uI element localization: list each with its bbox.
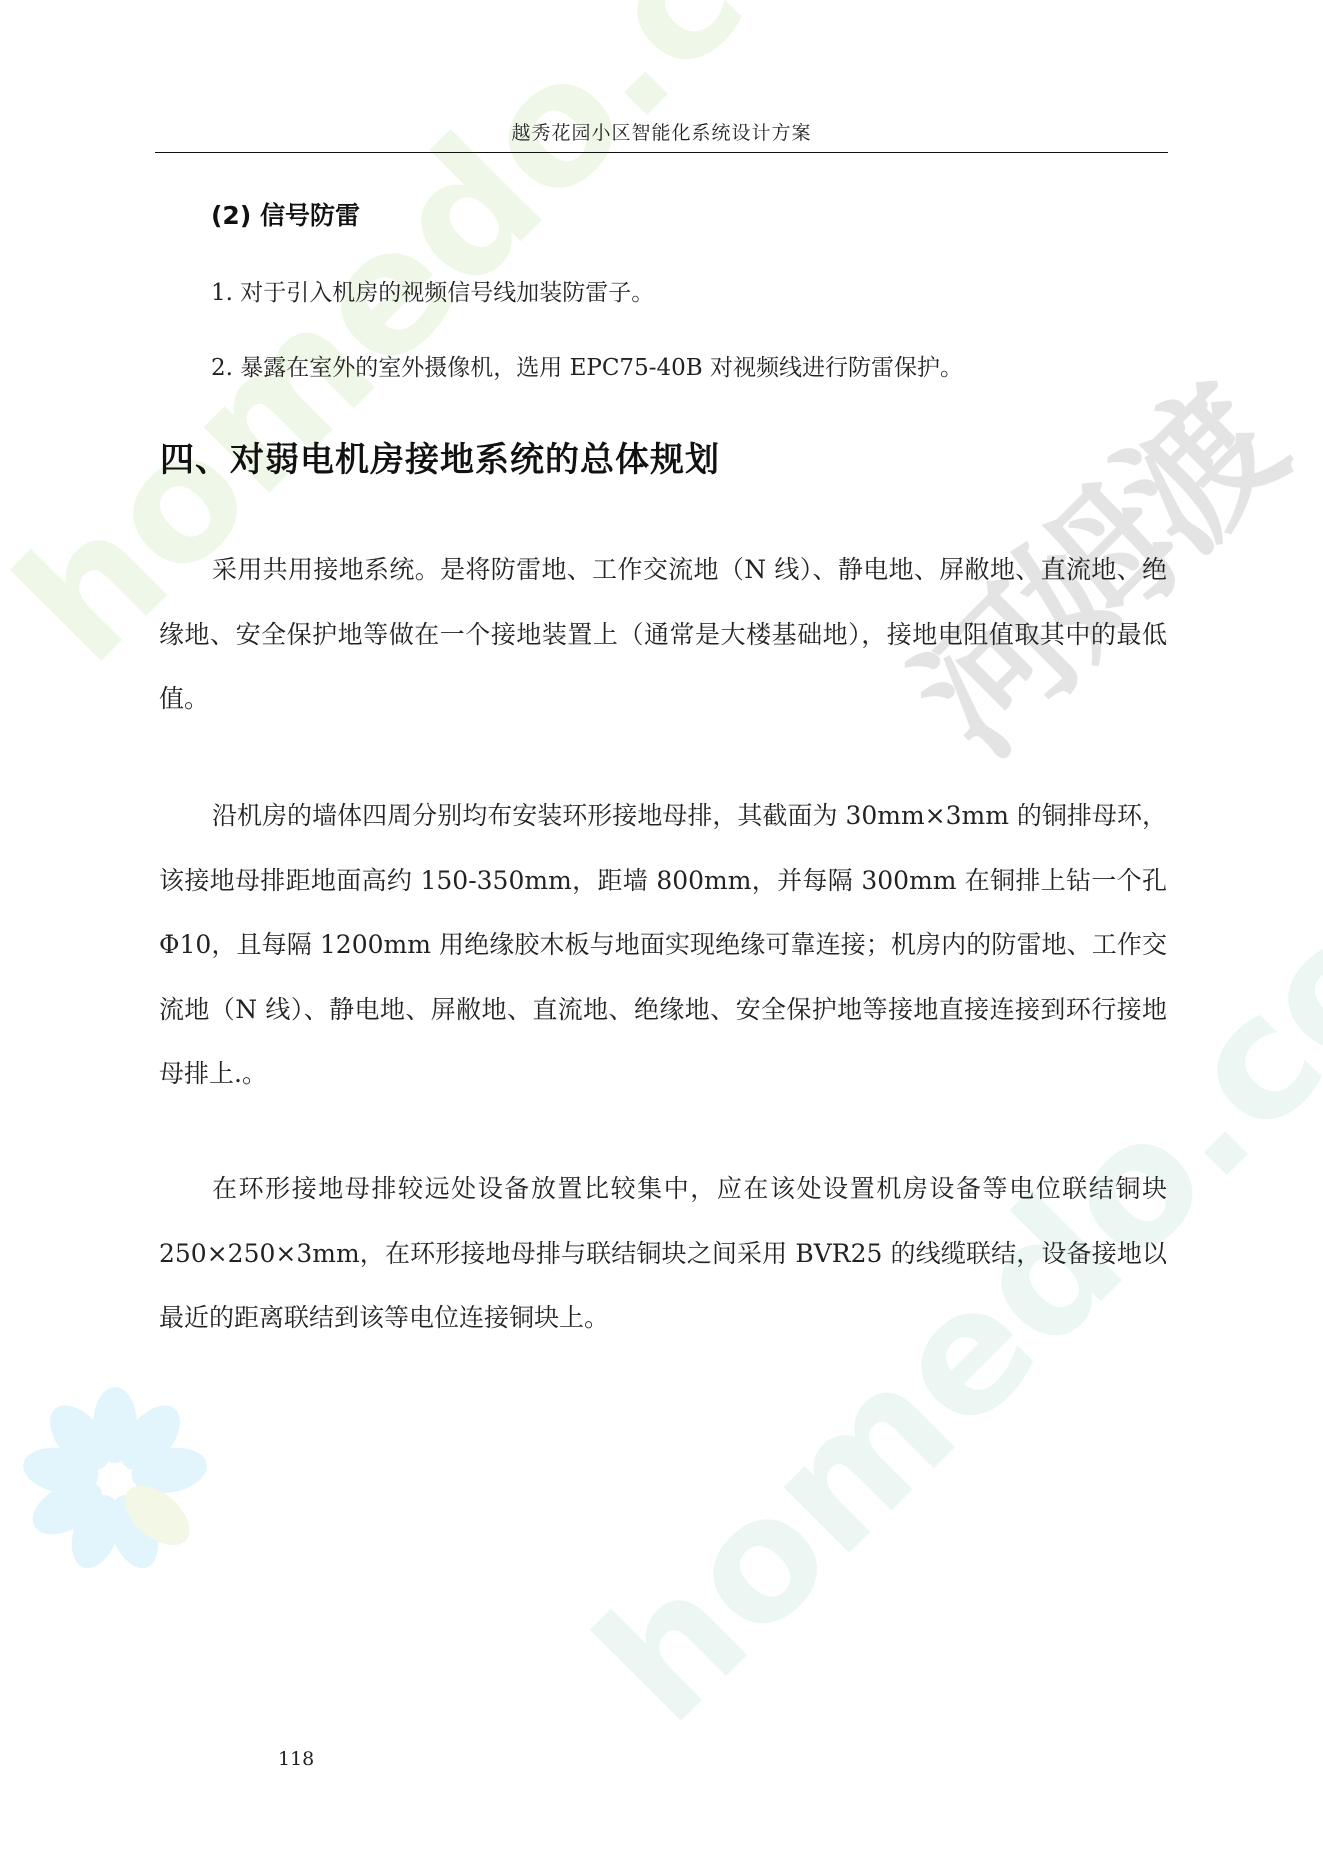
- running-header: 越秀花园小区智能化系统设计方案: [155, 118, 1168, 145]
- paragraph: 采用共用接地系统。是将防雷地、工作交流地（N 线）、静电地、屏敝地、直流地、绝缘…: [159, 538, 1167, 732]
- paragraph: 在环形接地母排较远处设备放置比较集中，应在该处设置机房设备等电位联结铜块 250…: [159, 1157, 1167, 1351]
- list-item: 2. 暴露在室外的室外摄像机，选用 EPC75-40B 对视频线进行防雷保护。: [211, 349, 963, 382]
- list-item: 1. 对于引入机房的视频信号线加装防雷子。: [211, 274, 654, 307]
- paragraph: 沿机房的墙体四周分别均布安装环形接地母排，其截面为 30mm×3mm 的铜排母环…: [159, 784, 1167, 1107]
- header-divider: [155, 152, 1168, 153]
- flower-logo-icon: [15, 1380, 215, 1584]
- section-title: 四、对弱电机房接地系统的总体规划: [160, 432, 720, 481]
- page-number: 118: [278, 1748, 314, 1770]
- subsection-heading: (2) 信号防雷: [211, 196, 360, 232]
